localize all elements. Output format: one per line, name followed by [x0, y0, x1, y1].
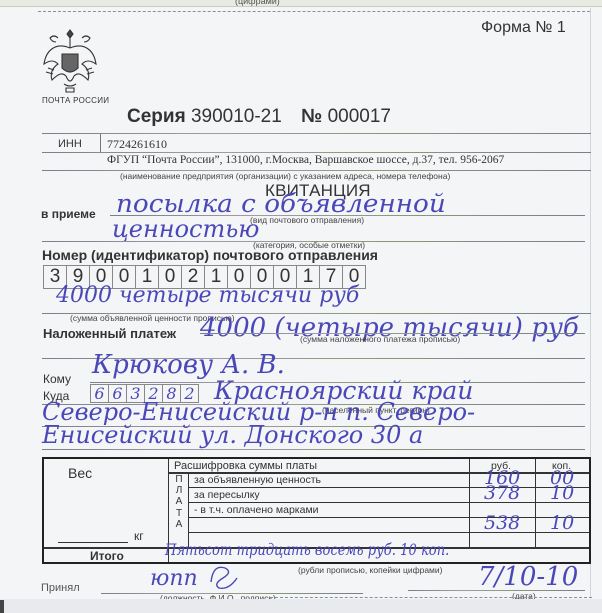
accepted-line1-handwritten: посылка с объявленной	[116, 189, 446, 218]
weight-unit: кг	[134, 529, 144, 543]
payment-row-kop: 10	[550, 512, 574, 534]
inn-label: ИНН	[58, 138, 82, 150]
cod-caption: (сумма наложенного платежа прописью)	[300, 334, 460, 344]
total-caption: (рубли прописью, копейки цифрами)	[298, 565, 442, 575]
page-bottom-edge	[0, 599, 602, 613]
plata-letter: А	[170, 519, 188, 530]
accepted-by-label: Принял	[41, 582, 80, 594]
cut-line-bottom	[270, 597, 592, 598]
form-number: Форма № 1	[481, 19, 566, 37]
to-label: Кому	[43, 372, 71, 386]
number-value: 000017	[328, 106, 391, 127]
weight-label: Вес	[68, 465, 92, 481]
plata-vertical-label: ПЛАТА	[170, 474, 188, 530]
payment-row-label: за объявленную ценность	[194, 474, 321, 486]
org-line: ФГУП “Почта России”, 131000, г.Москва, В…	[107, 154, 504, 166]
address-line3-handwritten: Енисейский ул. Донского 30 а	[42, 421, 423, 449]
inn-value: 7724261610	[107, 137, 167, 152]
weight-field-line	[58, 542, 128, 543]
page-top-edge	[0, 0, 602, 7]
plata-letter: Л	[170, 485, 188, 496]
signature-scribble-icon	[205, 560, 245, 590]
divider	[100, 134, 101, 152]
series-number: Серия 390010-21 № 000017	[127, 106, 391, 128]
date-handwritten: 7/10-10	[478, 562, 578, 592]
rule	[42, 133, 591, 134]
plata-letter: Т	[170, 508, 188, 519]
kind-caption: (вид почтового отправления)	[250, 215, 364, 225]
rule	[42, 449, 585, 450]
plata-letter: П	[170, 474, 188, 485]
total-label: Итого	[90, 549, 124, 563]
breakdown-header: Расшифровка суммы платы	[174, 460, 317, 472]
id-label: Номер (идентификатор) почтового отправле…	[42, 247, 378, 263]
series-label: Серия	[127, 106, 186, 127]
top-caption: (цифрами)	[235, 0, 280, 6]
payment-row-kop: 10	[550, 482, 574, 504]
series-value: 390010-21	[191, 106, 282, 127]
rule	[408, 590, 585, 591]
rule	[42, 152, 591, 153]
org-caption: (наименование предприятия (организации) …	[120, 171, 450, 181]
double-headed-eagle-icon	[40, 24, 100, 96]
cut-line-top	[38, 11, 590, 12]
accepted-label: в приеме	[41, 207, 96, 221]
page-corner-mark	[0, 600, 4, 613]
payment-row-rub: 378	[484, 482, 520, 504]
total-handwritten: Пятьсот тридцать восемь руб. 10 коп.	[165, 540, 449, 559]
plata-letter: А	[170, 496, 188, 507]
cod-label: Наложенный платеж	[43, 326, 176, 341]
payment-row-rub: 538	[484, 512, 520, 534]
accepted-by-handwritten: юпп	[150, 566, 198, 591]
payment-row-label: за пересылку	[194, 489, 260, 501]
logo-caption: ПОЧТА РОССИИ	[42, 96, 109, 105]
payment-row-label: - в т.ч. оплачено марками	[194, 504, 319, 516]
accepted-line2-handwritten: ценностью	[112, 215, 259, 243]
number-label: №	[301, 106, 322, 127]
declared-value-handwritten: 4000 четыре тысячи руб	[56, 283, 359, 308]
